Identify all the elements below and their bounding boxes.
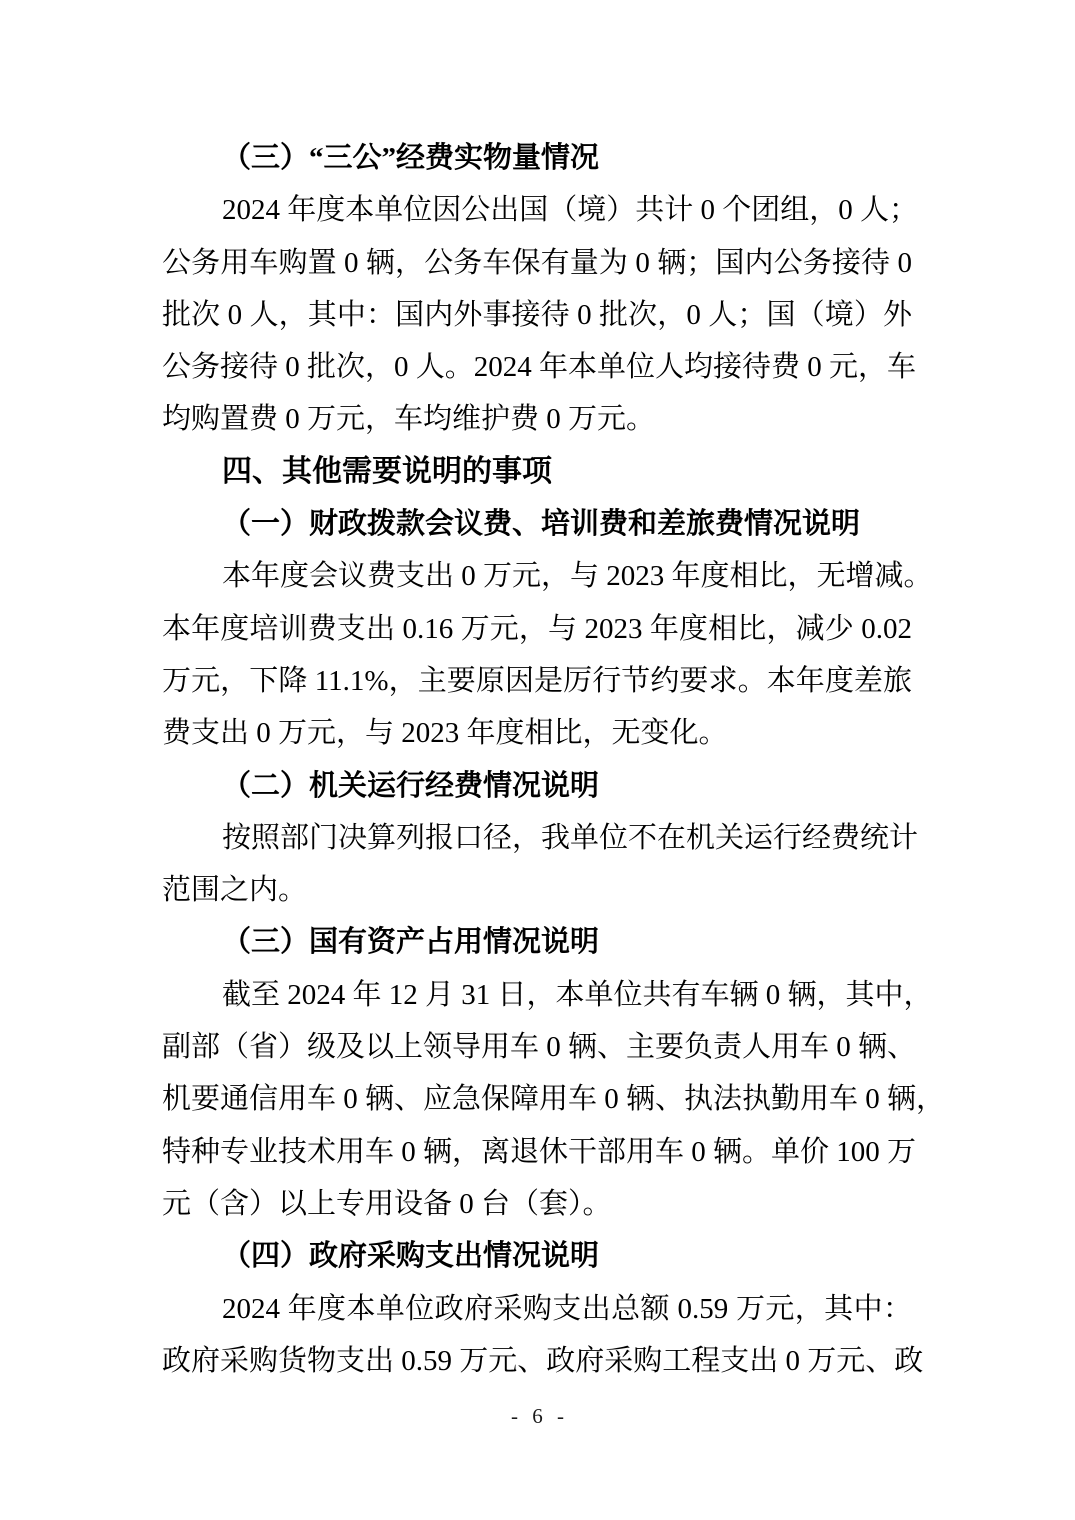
paragraph-line: 2024 年度本单位因公出国（境）共计 0 个团组，0 人； bbox=[162, 184, 912, 236]
paragraph-line: 按照部门决算列报口径，我单位不在机关运行经费统计 bbox=[162, 812, 912, 864]
paragraph-line: 范围之内。 bbox=[162, 864, 912, 916]
paragraph-line: 本年度培训费支出 0.16 万元，与 2023 年度相比，减少 0.02 bbox=[162, 603, 912, 655]
heading-state-assets-occupancy: （三）国有资产占用情况说明 bbox=[162, 916, 912, 968]
paragraph-line: 特种专业技术用车 0 辆，离退休干部用车 0 辆。单价 100 万 bbox=[162, 1126, 912, 1178]
paragraph-line: 2024 年度本单位政府采购支出总额 0.59 万元，其中： bbox=[162, 1283, 912, 1335]
paragraph-line: 副部（省）级及以上领导用车 0 辆、主要负责人用车 0 辆、 bbox=[162, 1021, 912, 1073]
paragraph-line: 政府采购货物支出 0.59 万元、政府采购工程支出 0 万元、政 bbox=[162, 1335, 912, 1387]
document-page: （三）“三公”经费实物量情况 2024 年度本单位因公出国（境）共计 0 个团组… bbox=[0, 0, 1075, 1520]
paragraph-line: 公务接待 0 批次，0 人。2024 年本单位人均接待费 0 元，车 bbox=[162, 341, 912, 393]
paragraph-line: 截至 2024 年 12 月 31 日，本单位共有车辆 0 辆，其中， bbox=[162, 969, 912, 1021]
paragraph-line: 费支出 0 万元，与 2023 年度相比，无变化。 bbox=[162, 707, 912, 759]
report-body: （三）“三公”经费实物量情况 2024 年度本单位因公出国（境）共计 0 个团组… bbox=[162, 132, 912, 1387]
paragraph-line: 万元，下降 11.1%，主要原因是厉行节约要求。本年度差旅 bbox=[162, 655, 912, 707]
page-number: - 6 - bbox=[0, 1404, 1075, 1429]
paragraph-line: 批次 0 人，其中：国内外事接待 0 批次，0 人；国（境）外 bbox=[162, 289, 912, 341]
heading-sangong-physical-quantities: （三）“三公”经费实物量情况 bbox=[162, 132, 912, 184]
heading-government-procurement: （四）政府采购支出情况说明 bbox=[162, 1230, 912, 1282]
paragraph-line: 机要通信用车 0 辆、应急保障用车 0 辆、执法执勤用车 0 辆， bbox=[162, 1073, 912, 1125]
paragraph-line: 本年度会议费支出 0 万元，与 2023 年度相比，无增减。 bbox=[162, 550, 912, 602]
heading-meeting-training-travel-fees: （一）财政拨款会议费、培训费和差旅费情况说明 bbox=[162, 498, 912, 550]
heading-other-matters: 四、其他需要说明的事项 bbox=[162, 446, 912, 498]
paragraph-line: 公务用车购置 0 辆，公务车保有量为 0 辆；国内公务接待 0 bbox=[162, 237, 912, 289]
heading-agency-operating-funds: （二）机关运行经费情况说明 bbox=[162, 760, 912, 812]
paragraph-line: 均购置费 0 万元，车均维护费 0 万元。 bbox=[162, 393, 912, 445]
paragraph-line: 元（含）以上专用设备 0 台（套）。 bbox=[162, 1178, 912, 1230]
